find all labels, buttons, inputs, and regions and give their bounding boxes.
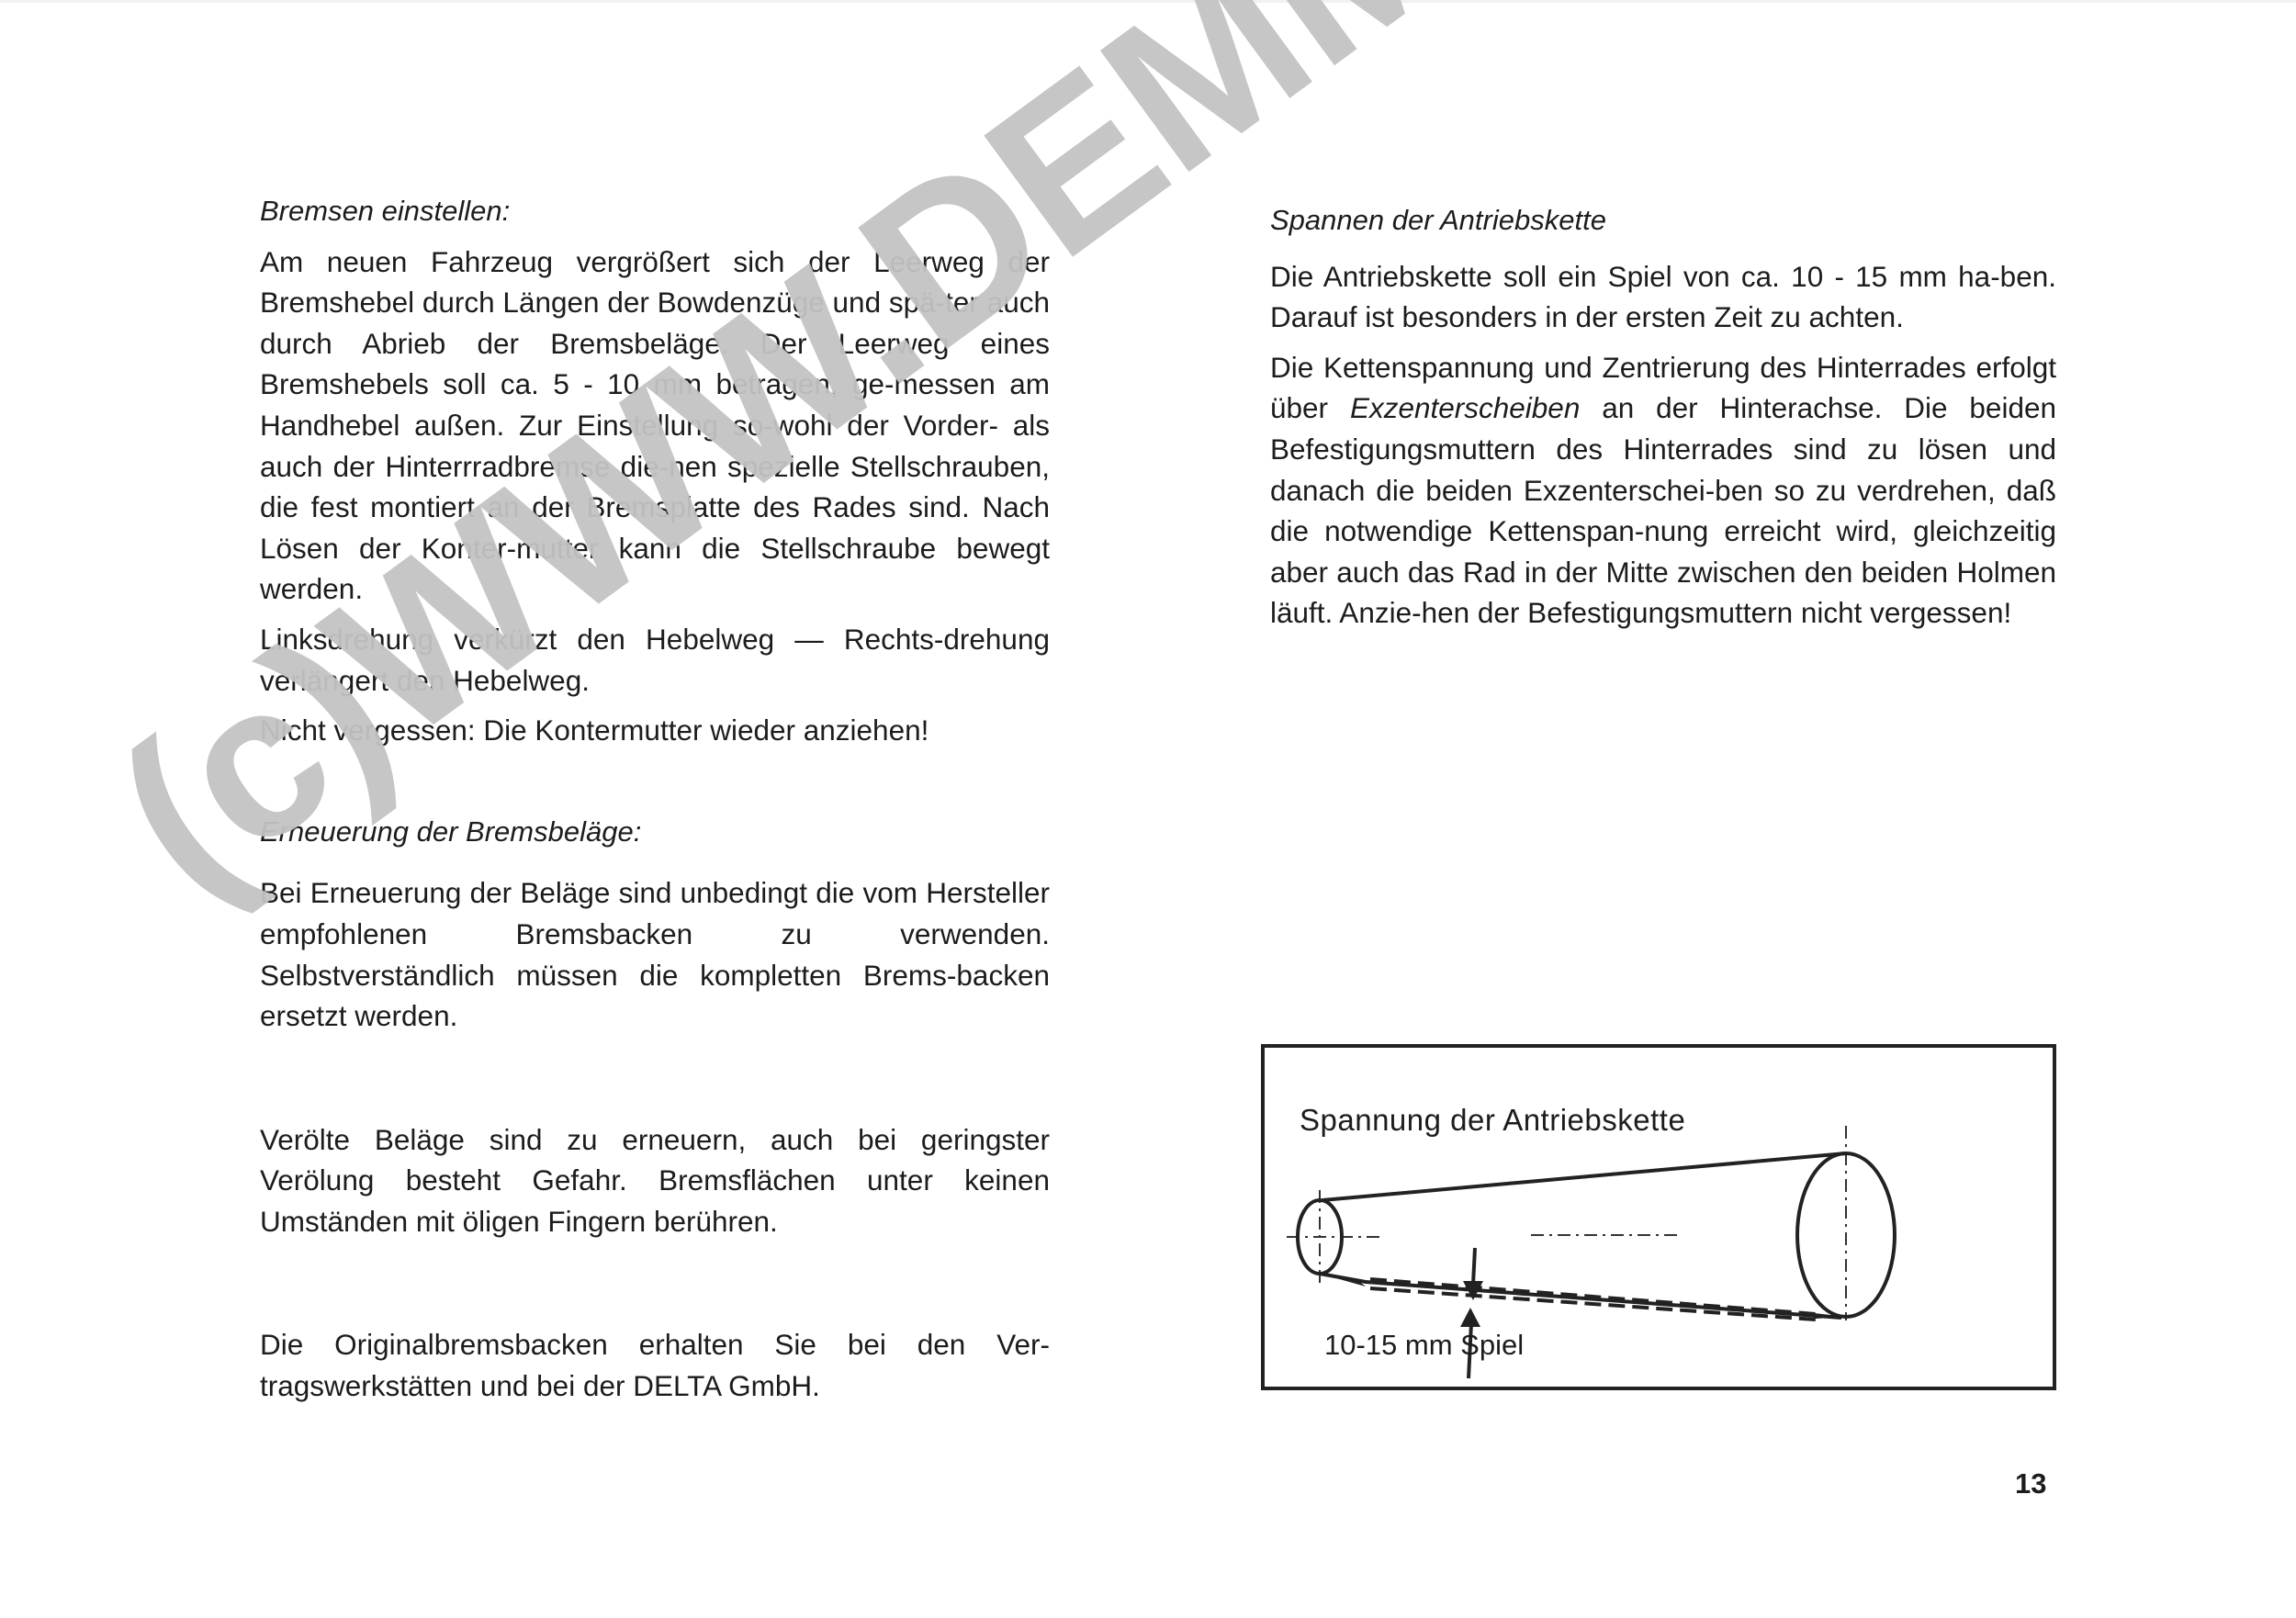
chain-tension-figure: Spannung der Antriebskette 10-15 mm Spie…: [1261, 1044, 2056, 1390]
paragraph-locknut-reminder: Nicht vergessen: Die Kontermutter wieder…: [260, 710, 1050, 751]
emphasis-eccentric-discs: Exzenterscheiben: [1350, 391, 1580, 424]
text-run: an der Hinterachse. Die beiden Befestigu…: [1270, 391, 2056, 629]
paragraph-chain-play: Die Antriebskette soll ein Spiel von ca.…: [1270, 256, 2056, 338]
paragraph-chain-adjust: Die Kettenspannung und Zentrierung des H…: [1270, 347, 2056, 634]
paragraph-brake-pads-replace: Bei Erneuerung der Beläge sind unbedingt…: [260, 872, 1050, 1036]
section-heading-chain-tension: Spannen der Antriebskette: [1270, 200, 2056, 242]
paragraph-oily-pads: Verölte Beläge sind zu erneuern, auch be…: [260, 1119, 1050, 1242]
section-heading-brake-pads: Erneuerung der Bremsbeläge:: [260, 812, 1050, 853]
paragraph-brakes-adjust: Am neuen Fahrzeug vergrößert sich der Le…: [260, 242, 1050, 610]
section-heading-brakes-adjust: Bremsen einstellen:: [260, 191, 1050, 232]
paragraph-original-parts: Die Originalbremsbacken erhalten Sie bei…: [260, 1324, 1050, 1406]
left-column: Bremsen einstellen: Am neuen Fahrzeug ve…: [260, 191, 1050, 1407]
page-edge: [0, 0, 2296, 3]
right-column: Spannen der Antriebskette Die Antriebske…: [1270, 200, 2056, 634]
paragraph-rotation: Linksdrehung verkürzt den Hebelweg — Rec…: [260, 619, 1050, 701]
page-number: 13: [2015, 1467, 2046, 1500]
figure-title: Spannung der Antriebskette: [1300, 1103, 1685, 1138]
figure-label-play: 10-15 mm Spiel: [1324, 1329, 1524, 1362]
